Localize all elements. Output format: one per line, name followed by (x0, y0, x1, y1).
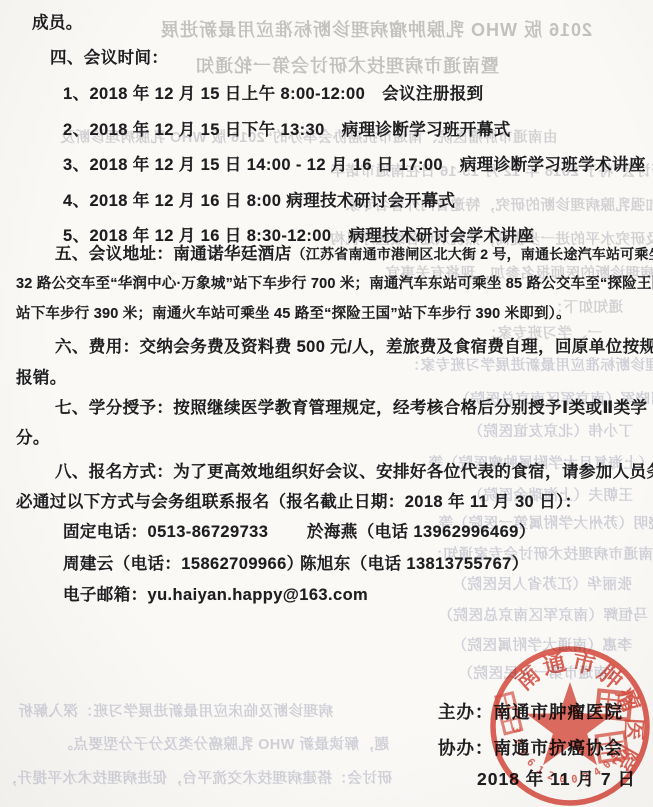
bleedthrough-line: 张丽华（江苏省人民医院） (452, 573, 632, 594)
address-detail: （江苏省南通市港闸区北大街 2 号，南通长途汽车站可乘坐 (292, 246, 653, 262)
bleedthrough-line: 1、2016 版 WHO 乳腺病理诊断标准应用最新进展学习班专家： (405, 354, 653, 375)
section8-reg-line2: 必通过以下方式与会务组联系报名（报名截止日期：2018 年 11 月 30 日）… (16, 488, 582, 512)
bleedthrough-line: 2016 版 WHO 乳腺肿瘤病理诊断标准应用最新进展 (160, 16, 592, 42)
section7-credit-line1: 七、学分授予：按照继续医学教育管理规定，经考核合格后分别授予Ⅰ类或Ⅱ类学 (55, 394, 647, 418)
schedule-item-2: 2、2018 年 12 月 15 日下午 13:30 病理诊断学习班开幕式 (63, 116, 511, 140)
bleedthrough-line: 研讨会：搭建病理技术交流平台，促进病理技术水平提升， (2, 767, 392, 788)
bleedthrough-line: 马恒辉（南京军区南京总医院） (438, 604, 648, 625)
official-seal-stamp: 南通市肿瘤医院 320612002409 (486, 642, 653, 807)
section8-reg-line1: 八、报名方式：为了更高效地组织好会议、安排好各位代表的食宿，请参加人员务 (55, 458, 653, 482)
section5-heading: 五、会议地址：南通诺华廷酒店 (55, 245, 292, 263)
bleedthrough-line: 病理诊断及临床应用最新进展学习班：深入解析 (18, 700, 333, 721)
section6-fee-line1: 六、费用：交纳会务费及资料费 500 元/人，差旅费及食宿费自理，回原单位按规定 (55, 333, 653, 357)
section5-address-line1: 五、会议地址：南通诺华廷酒店（江苏省南通市港闸区北大街 2 号，南通长途汽车站可… (55, 240, 653, 264)
contact-zhou-jianyun: 周建云（电话：15862709966） (63, 550, 304, 574)
section5-address-line2: 32 路公交车至“华润中心·万象城”站下车步行 700 米；南通汽车东站可乘坐 … (16, 272, 653, 293)
contact-yu-haiyan: 於海燕（电话 13962996469） (307, 518, 536, 542)
schedule-item-4: 4、2018 年 12 月 16 日 8:00 病理技术研讨会开幕式 (63, 187, 455, 211)
section4-heading: 四、会议时间： (50, 44, 168, 68)
bleedthrough-line: 题，解读最新 WHO 乳腺癌分类及分子分型要点。 (58, 733, 389, 754)
contact-chen-xudong: 陈旭东（电话 13813755767） (300, 550, 529, 574)
section7-credit-line2: 分。 (16, 424, 50, 448)
schedule-item-3: 3、2018 年 12 月 15 日 14:00 - 12 月 16 日 17:… (63, 151, 646, 175)
bleedthrough-line: 暨南通市病理技术研讨会第一轮通知 (195, 52, 499, 78)
contact-fixed-phone: 固定电话：0513-86729733 (63, 518, 268, 542)
scanned-notice-page: 2016 版 WHO 乳腺肿瘤病理诊断标准应用最新进展 暨南通市病理技术研讨会第… (0, 0, 653, 807)
section6-fee-line2: 报销。 (16, 364, 67, 388)
paragraph-fragment: 成员。 (32, 9, 83, 33)
contact-email: 电子邮箱：yu.haiyan.happy@163.com (63, 581, 368, 605)
schedule-item-1: 1、2018 年 12 月 15 日上午 8:00-12:00 会议注册报到 (63, 80, 484, 104)
bleedthrough-line: 丁小伟（北京友谊医院） (468, 420, 633, 441)
section5-address-line3: 站下车步行 390 米；南通火车站可乘坐 45 路至“探险王国”站下车步行 39… (16, 302, 571, 323)
